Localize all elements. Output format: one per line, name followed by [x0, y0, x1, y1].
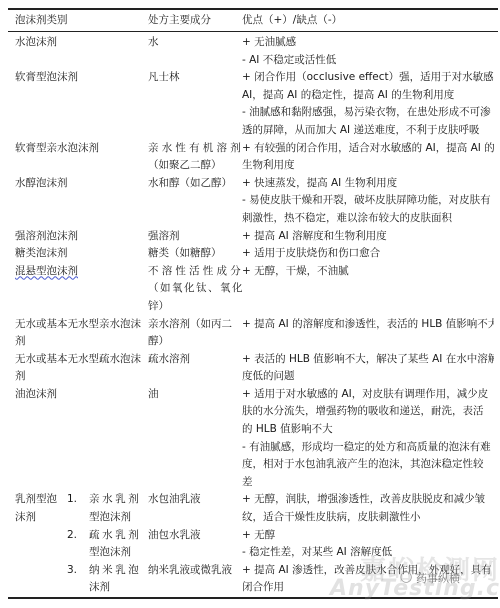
note-line: 度，相对于水包油乳液产生的泡沫，其泡沫稳定性较: [242, 456, 494, 474]
category-cell: 水泡沫剂: [15, 34, 148, 52]
ingredient-cell: 糖类（如糖醇）: [148, 245, 242, 263]
note-line: + 快速蒸发，提高 AI 生物利用度: [242, 175, 494, 193]
note-line: + 无醇，干燥，不油腻: [242, 263, 494, 281]
emulsion-subtype: 3. 纳米乳泡 沫剂: [67, 562, 148, 597]
note-line: - 有油腻感，形成均一稳定的处方和高质量的泡沫有难: [242, 439, 494, 457]
note-line: 差: [242, 474, 494, 492]
ingredient-cell: 凡士林: [148, 69, 242, 87]
subtype-name: 亲水乳剂: [89, 491, 141, 509]
note-line: AI，提高 AI 的稳定性，提高 AI 的生物利用度: [242, 87, 494, 105]
note-line: 刺激性，热不稳定，难以涂布较大的皮肤面积: [242, 210, 494, 228]
table-row: 软膏型泡沫剂 凡士林 + 闭合作用（occlusive effect）强，适用于…: [8, 69, 498, 139]
table-row: 强溶剂泡沫剂 强溶剂 + 提高 AI 溶解度和生物利用度: [8, 228, 498, 246]
ingredient-cell: 水包油乳液: [148, 491, 242, 509]
header-ingredient: 处方主要成分: [148, 12, 242, 30]
category-cell: 软膏型泡沫剂: [15, 69, 148, 87]
category-cell: 混悬型泡沫剂: [15, 265, 78, 277]
note-line: - 易使皮肤干燥和开裂，破坏皮肤屏障功能，对皮肤有: [242, 192, 494, 210]
emulsion-subtype: 1. 亲水乳剂 型泡沫剂: [67, 491, 148, 526]
note-line: 纹，适合干燥性皮肤病，皮肤刺激性小: [242, 509, 494, 527]
list-number: 1.: [67, 491, 89, 526]
category-cell: 沫剂: [15, 509, 67, 527]
ingredient-cell: 强溶剂: [148, 228, 242, 246]
note-line: - 油腻感和黏附感强，易污染衣物，在患处形成不可渗: [242, 104, 494, 122]
note-line: + 适用于皮肤烧伤和伤口愈合: [242, 245, 494, 263]
ingredient-cell: 亲水性有机溶剂: [148, 140, 242, 158]
list-number: 2.: [67, 527, 89, 562]
ingredient-cell: 油: [148, 386, 242, 404]
category-cell: 剂: [15, 333, 148, 351]
ingredient-cell: 油包水乳液: [148, 527, 242, 545]
table-row: 水泡沫剂 水 + 无油腻感 - AI 不稳定或活性低: [8, 34, 498, 69]
table-row: 无水或基本无水型亲水泡沫 剂 亲水溶剂（如丙二 醇） + 提高 AI 的溶解度和…: [8, 316, 498, 351]
ingredient-cell: 水: [148, 34, 242, 52]
note-line: 肤的水分流失，增强药物的吸收和递送，耐洗，表活: [242, 403, 494, 421]
note-line: 度低的问题: [242, 368, 494, 386]
table-row: 混悬型泡沫剂 不溶性活性成分 （如氧化钛、氧化 锌） + 无醇，干燥，不油腻: [8, 263, 498, 316]
note-line: + 提高 AI 渗透性，改善皮肤水合作用，外观好，具有: [242, 562, 494, 580]
category-cell: 无水或基本无水型疏水泡沫: [15, 351, 148, 369]
note-line: + 无醇，润肤，增强渗透性，改善皮肤脱皮和减少皱: [242, 491, 494, 509]
ingredient-cell: （如聚乙二醇）: [148, 157, 242, 175]
category-cell: 糖类泡沫剂: [15, 245, 148, 263]
ingredient-cell: 水和醇（如乙醇）: [148, 175, 242, 193]
category-cell: 强溶剂泡沫剂: [15, 228, 148, 246]
note-line: + 表活的 HLB 值影响不大，解决了某些 AI 在水中溶解: [242, 351, 494, 369]
ingredient-cell: 疏水溶剂: [148, 351, 242, 369]
table-row-emulsion-group: 乳剂型泡 沫剂 1. 亲水乳剂 型泡沫剂 2. 疏水乳剂 型泡沫: [8, 491, 498, 597]
header-pros-cons: 优点（+）/缺点（-）: [242, 12, 498, 30]
note-line: + 适用于对水敏感的 AI，对皮肤有调理作用，减少皮: [242, 386, 494, 404]
header-category: 泡沫剂类别: [8, 12, 148, 30]
table-row: 无水或基本无水型疏水泡沫 剂 疏水溶剂 + 表活的 HLB 值影响不大，解决了某…: [8, 351, 498, 386]
category-cell: 水醇泡沫剂: [15, 175, 148, 193]
note-line: 生物利用度: [242, 157, 494, 175]
category-cell: 无水或基本无水型亲水泡沫: [15, 316, 148, 334]
emulsion-subtype: 2. 疏水乳剂 型泡沫剂: [67, 527, 148, 562]
table-row: 糖类泡沫剂 糖类（如糖醇） + 适用于皮肤烧伤和伤口愈合: [8, 245, 498, 263]
table-header-row: 泡沫剂类别 处方主要成分 优点（+）/缺点（-）: [8, 10, 498, 32]
note-line: 的 HLB 值影响不大: [242, 421, 494, 439]
note-line: - AI 不稳定或活性低: [242, 52, 494, 70]
ingredient-cell: 不溶性活性成分: [148, 263, 242, 281]
note-line: 闭合作用: [242, 579, 494, 597]
note-line: 透的屏障，从而加大 AI 递送难度，不利于皮肤呼吸: [242, 122, 494, 140]
ingredient-cell: （如氧化钛、氧化: [148, 280, 242, 298]
note-line: + 有较强的闭合作用，适合对水敏感的 AI，提高 AI 的: [242, 140, 494, 158]
note-line: + 闭合作用（occlusive effect）强，适用于对水敏感的: [242, 69, 494, 87]
subtype-name: 型泡沫剂: [89, 544, 141, 562]
category-cell: 油泡沫剂: [15, 386, 148, 404]
note-line: - 稳定性差，对某些 AI 溶解度低: [242, 544, 494, 562]
note-line: + 提高 AI 的溶解度和渗透性，表活的 HLB 值影响不大: [242, 316, 494, 334]
table-row: 软膏型亲水泡沫剂 亲水性有机溶剂 （如聚乙二醇） + 有较强的闭合作用，适合对水…: [8, 140, 498, 175]
subtype-name: 纳米乳泡: [89, 562, 141, 580]
subtype-name: 疏水乳剂: [89, 527, 141, 545]
ingredient-cell: 锌）: [148, 298, 242, 316]
table-row: 水醇泡沫剂 水和醇（如乙醇） + 快速蒸发，提高 AI 生物利用度 - 易使皮肤…: [8, 175, 498, 228]
ingredient-cell: 纳米乳液或微乳液: [148, 562, 242, 580]
category-cell: 软膏型亲水泡沫剂: [15, 140, 148, 158]
list-number: 3.: [67, 562, 89, 597]
note-line: + 提高 AI 溶解度和生物利用度: [242, 228, 494, 246]
foam-formulation-table: 泡沫剂类别 处方主要成分 优点（+）/缺点（-） 水泡沫剂 水 + 无油腻感 -…: [8, 8, 498, 599]
subtype-name: 型泡沫剂: [89, 509, 141, 527]
ingredient-cell: 亲水溶剂（如丙二: [148, 316, 242, 334]
category-cell: 乳剂型泡: [15, 491, 67, 509]
ingredient-cell: 醇）: [148, 333, 242, 351]
subtype-name: 沫剂: [89, 579, 141, 597]
category-cell: 剂: [15, 368, 148, 386]
table-row: 油泡沫剂 油 + 适用于对水敏感的 AI，对皮肤有调理作用，减少皮 肤的水分流失…: [8, 386, 498, 492]
note-line: + 无醇: [242, 527, 494, 545]
note-line: + 无油腻感: [242, 34, 494, 52]
